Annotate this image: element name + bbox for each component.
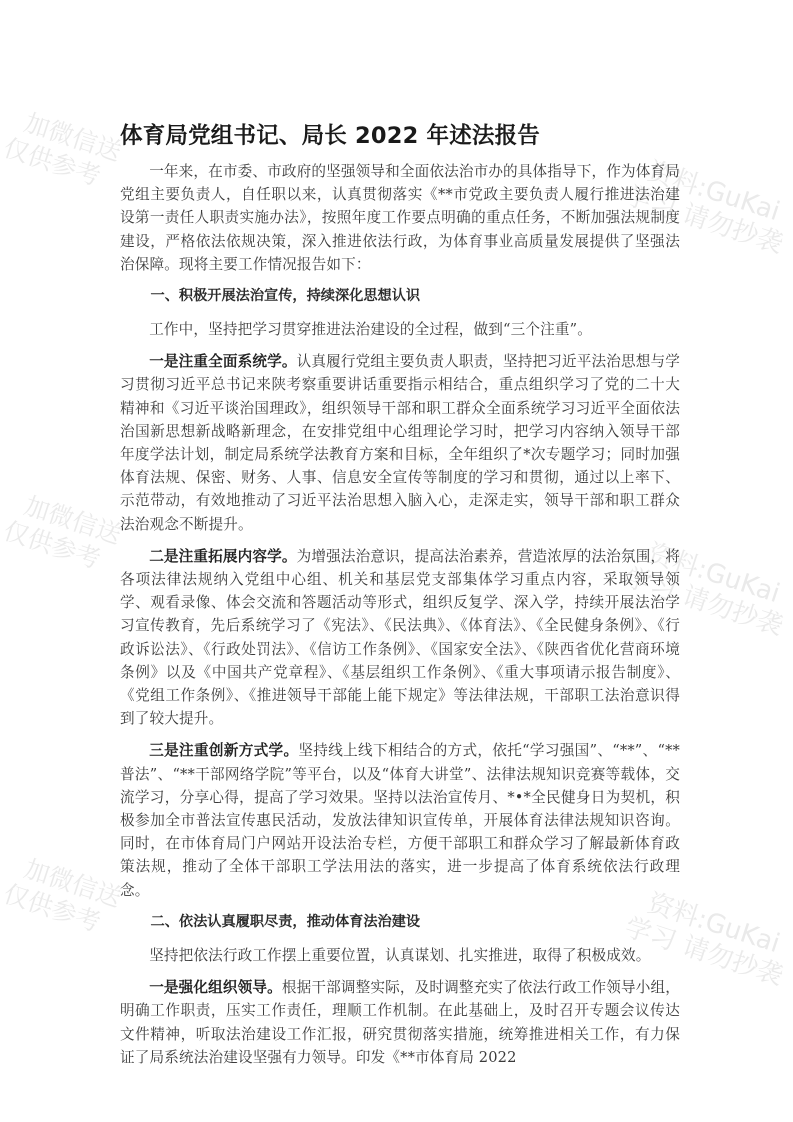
- section-summary-2: 坚持把依法行政工作摆上重要位置，认真谋划、扎实推进，取得了积极成效。: [120, 944, 680, 967]
- section-2-item-1: 一是强化组织领导。根据干部调整实际，及时调整充实了依法行政工作领导小组，明确工作…: [120, 976, 680, 1069]
- item-lead: 一是注重全面系统学。: [149, 353, 296, 370]
- section-1-item-3: 三是注重创新方式学。坚持线上线下相结合的方式，依托“学习强国”、“**”、“**…: [120, 739, 680, 901]
- item-lead: 一是强化组织领导。: [149, 979, 282, 996]
- item-text: 认真履行党组主要负责人职责，坚持把习近平法治思想与学习贯彻习近平总书记来陕考察重…: [120, 353, 680, 532]
- item-text: 坚持线上线下相结合的方式，依托“学习强国”、“**”、“**普法”、“**干部网…: [120, 742, 680, 898]
- intro-paragraph: 一年来，在市委、市政府的坚强领导和全面依法治市办的具体指导下，作为体育局党组主要…: [120, 160, 680, 276]
- watermark-left-2: 加微信送 仅供参考: [11, 491, 125, 579]
- watermark-text: 仅供参考: [0, 516, 116, 579]
- document-page: 加微信送 仅供参考 资料:GuKai 学习 请勿抄袭 加微信送 仅供参考 资料:…: [0, 0, 793, 1122]
- document-body: 体育局党组书记、局长 2022 年述法报告 一年来，在市委、市政府的坚强领导和全…: [120, 118, 680, 1078]
- watermark-left-3: 加微信送 仅供参考: [11, 854, 125, 942]
- watermark-text: 仅供参考: [0, 133, 116, 196]
- item-text: 为增强法治意识，提高法治素养，营造浓厚的法治氛围，将各项法律法规纳入党组中心组、…: [120, 548, 680, 727]
- document-title: 体育局党组书记、局长 2022 年述法报告: [120, 118, 680, 154]
- section-heading-2: 二、依法认真履职尽责，推动体育法治建设: [120, 911, 680, 934]
- section-1-item-2: 二是注重拓展内容学。为增强法治意识，提高法治素养，营造浓厚的法治氛围，将各项法律…: [120, 545, 680, 731]
- watermark-text: 加微信送: [20, 491, 124, 550]
- watermark-text: 加微信送: [20, 854, 124, 913]
- item-lead: 二是注重拓展内容学。: [149, 548, 296, 565]
- item-lead: 三是注重创新方式学。: [149, 742, 298, 759]
- watermark-text: 加微信送: [20, 108, 124, 167]
- section-1-item-1: 一是注重全面系统学。认真履行党组主要负责人职责，坚持把习近平法治思想与学习贯彻习…: [120, 350, 680, 536]
- watermark-left-1: 加微信送 仅供参考: [11, 108, 125, 196]
- section-summary-1: 工作中，坚持把学习贯穿推进法治建设的全过程，做到“三个注重”。: [120, 318, 680, 341]
- section-heading-1: 一、积极开展法治宣传，持续深化思想认识: [120, 285, 680, 308]
- watermark-text: 仅供参考: [0, 879, 116, 942]
